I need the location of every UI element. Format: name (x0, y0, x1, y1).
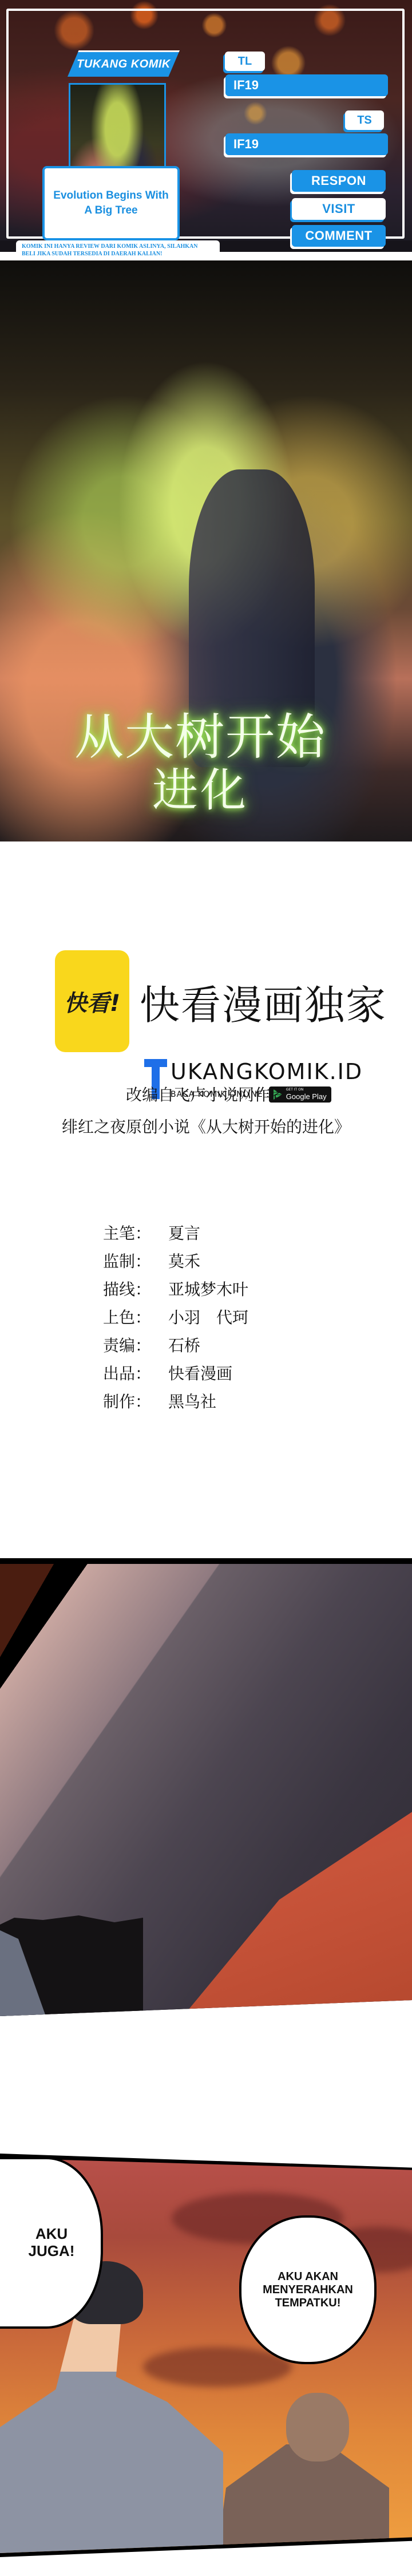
credit-name: 夏言 (168, 1219, 200, 1247)
credit-role: 出品： (103, 1360, 168, 1388)
comic-title-card: Evolution Begins With A Big Tree (42, 166, 180, 240)
credit-name: 黑鸟社 (168, 1388, 216, 1416)
credit-name: 小羽 代珂 (168, 1303, 248, 1332)
brand-label: TUKANG KOMIK (77, 58, 171, 71)
respon-button[interactable]: RESPON (292, 170, 386, 192)
adaptation-note: 改编自飞卢小说网作者 绯红之夜原创小说《从大树开始的进化》 (0, 1079, 412, 1143)
bubble-right-line3: TEMPATKU! (275, 2297, 341, 2310)
exclusive-title: 快看漫画独家 (140, 973, 387, 1031)
adaptation-line1: 改编自飞卢小说网作者 (0, 1079, 412, 1111)
credit-role: 制作： (103, 1388, 168, 1416)
comic-title-line1: Evolution Begins With (53, 188, 168, 203)
comment-button[interactable]: COMMENT (292, 225, 386, 247)
credit-name: 石桥 (168, 1332, 200, 1360)
character-brown-shirt (217, 2444, 389, 2553)
bubble-right-line2: MENYERAHKAN (263, 2283, 353, 2297)
bubble-right-line1: AKU AKAN (278, 2270, 338, 2283)
comic-title-line2: A Big Tree (84, 203, 137, 218)
visit-label: VISIT (322, 202, 355, 216)
cover-title-line2: 进化 (152, 765, 248, 816)
bubble-left-line1: AKU (35, 2226, 68, 2243)
visit-button[interactable]: VISIT (292, 198, 386, 220)
aircraft-hull-illustration (0, 1564, 412, 2016)
character-checkered-shirt (0, 2301, 223, 2553)
speech-bubble-left: AKU JUGA! (0, 2157, 103, 2329)
credit-row: 主笔：夏言 (103, 1219, 248, 1247)
disclaimer-box: KOMIK INI HANYA REVIEW DARI KOMIK ASLINY… (16, 240, 220, 260)
adaptation-line2: 绯红之夜原创小说《从大树开始的进化》 (0, 1111, 412, 1143)
credit-role: 责编： (103, 1332, 168, 1360)
red-sky-illustration (183, 1804, 412, 2016)
translator-label: TL (225, 52, 265, 71)
disclaimer-line1: KOMIK INI HANYA REVIEW DARI KOMIK ASLINY… (22, 243, 214, 250)
translator-label-text: TL (238, 55, 252, 68)
translator-value: IF19 (225, 74, 388, 96)
brand-tab: TUKANG KOMIK (68, 50, 180, 77)
credit-row: 监制：莫禾 (103, 1247, 248, 1275)
comic-panel-1 (0, 1558, 412, 2016)
credit-name: 快看漫画 (168, 1360, 232, 1388)
bubble-left-line2: JUGA! (29, 2243, 75, 2260)
credit-row: 描线：亚城梦木叶 (103, 1275, 248, 1303)
speech-bubble-right: AKU AKAN MENYERAHKAN TEMPATKU! (239, 2215, 377, 2364)
credit-name: 亚城梦木叶 (168, 1275, 248, 1303)
credit-name: 莫禾 (168, 1247, 200, 1275)
comment-label: COMMENT (305, 228, 372, 243)
kuaikan-logo-icon: 快看! (55, 950, 129, 1052)
credit-role: 监制： (103, 1247, 168, 1275)
credit-row: 出品：快看漫画 (103, 1360, 248, 1388)
credit-row: 制作：黑鸟社 (103, 1388, 248, 1416)
character-brown-shirt-head (286, 2393, 349, 2462)
typesetter-value: IF19 (225, 133, 388, 155)
typesetter-value-text: IF19 (233, 137, 259, 152)
kuaikan-logo-text: 快看! (64, 985, 120, 1018)
credit-role: 主笔： (103, 1219, 168, 1247)
disclaimer-line2: BELI JIKA SUDAH TERSEDIA DI DAERAH KALIA… (22, 250, 214, 258)
credit-row: 责编：石桥 (103, 1332, 248, 1360)
staff-credits: 主笔：夏言 监制：莫禾 描线：亚城梦木叶 上色：小羽 代珂 责编：石桥 出品：快… (103, 1219, 248, 1416)
credit-role: 上色： (103, 1303, 168, 1332)
typesetter-label-text: TS (357, 114, 372, 127)
respon-label: RESPON (311, 173, 366, 188)
page-bottom-gap (0, 2559, 412, 2576)
typesetter-label: TS (345, 110, 384, 130)
translator-value-text: IF19 (233, 78, 259, 93)
credit-role: 描线： (103, 1275, 168, 1303)
cover-title-logo: 从大树开始 进化 (51, 710, 349, 816)
cover-title-line1: 从大树开始 (74, 710, 326, 765)
credit-row: 上色：小羽 代珂 (103, 1303, 248, 1332)
